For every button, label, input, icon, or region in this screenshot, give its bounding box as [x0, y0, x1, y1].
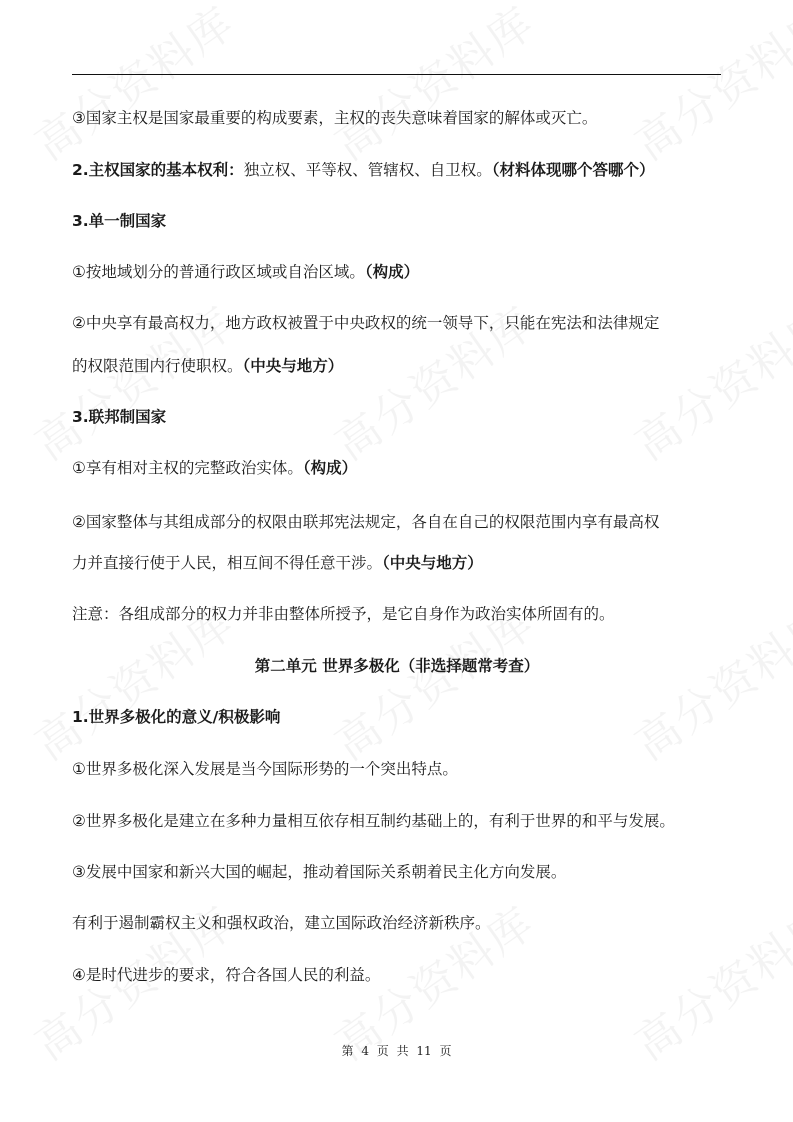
paragraph-line: 1.世界多极化的意义/积极影响	[72, 707, 280, 727]
body-text: ②国家整体与其组成部分的权限由联邦宪法规定，各自在自己的权限范围内享有最高权	[72, 513, 659, 531]
page-footer: 第 4 页 共 11 页	[0, 1042, 793, 1059]
paragraph-line: 力并直接行使于人民，相互间不得任意干涉。（中央与地方）	[72, 553, 483, 573]
bold-text: （中央与地方）	[382, 554, 483, 572]
paragraph-line: ②中央享有最高权力，地方政权被置于中央政权的统一领导下，只能在宪法和法律规定	[72, 313, 659, 333]
paragraph-line: 的权限范围内行使职权。（中央与地方）	[72, 356, 343, 376]
bold-text: 3.联邦制国家	[72, 408, 166, 426]
watermark-text: 高分资料库	[20, 0, 245, 172]
paragraph-line: 注意：各组成部分的权力并非由整体所授予，是它自身作为政治实体所固有的。	[72, 604, 615, 624]
body-text: ④是时代进步的要求，符合各国人民的利益。	[72, 966, 380, 984]
paragraph-line: ②国家整体与其组成部分的权限由联邦宪法规定，各自在自己的权限范围内享有最高权	[72, 512, 659, 532]
paragraph-line: 2.主权国家的基本权利：独立权、平等权、管辖权、自卫权。（材料体现哪个答哪个）	[72, 160, 654, 180]
paragraph-line: ④是时代进步的要求，符合各国人民的利益。	[72, 965, 380, 985]
body-text: ③国家主权是国家最重要的构成要素，主权的丧失意味着国家的解体或灭亡。	[72, 109, 597, 127]
header-rule	[72, 74, 721, 75]
body-text: 有利于遏制霸权主义和强权政治，建立国际政治经济新秩序。	[72, 914, 491, 932]
watermark-text: 高分资料库	[320, 0, 545, 172]
body-text: 独立权、平等权、管辖权、自卫权。	[244, 161, 492, 179]
watermark-text: 高分资料库	[620, 588, 793, 772]
bold-text: （中央与地方）	[243, 357, 344, 375]
section-title: 第二单元 世界多极化（非选择题常考查）	[72, 656, 722, 676]
body-text: ③发展中国家和新兴大国的崛起，推动着国际关系朝着民主化方向发展。	[72, 863, 566, 881]
paragraph-line: 有利于遏制霸权主义和强权政治，建立国际政治经济新秩序。	[72, 913, 491, 933]
bold-text: （构成）	[303, 459, 357, 477]
paragraph-line: ①按地域划分的普通行政区域或自治区域。（构成）	[72, 262, 419, 282]
bold-text: （材料体现哪个答哪个）	[492, 161, 655, 179]
body-text: ①世界多极化深入发展是当今国际形势的一个突出特点。	[72, 760, 458, 778]
bold-text: 3.单一制国家	[72, 212, 166, 230]
paragraph-line: ③发展中国家和新兴大国的崛起，推动着国际关系朝着民主化方向发展。	[72, 862, 566, 882]
body-text: ①按地域划分的普通行政区域或自治区域。	[72, 263, 365, 281]
paragraph-line: ③国家主权是国家最重要的构成要素，主权的丧失意味着国家的解体或灭亡。	[72, 108, 597, 128]
bold-text: 第二单元 世界多极化（非选择题常考查）	[255, 657, 539, 675]
paragraph-line: ②世界多极化是建立在多种力量相互依存相互制约基础上的，有利于世界的和平与发展。	[72, 811, 675, 831]
paragraph-line: ①享有相对主权的完整政治实体。（构成）	[72, 458, 357, 478]
body-text: ②中央享有最高权力，地方政权被置于中央政权的统一领导下，只能在宪法和法律规定	[72, 314, 659, 332]
bold-text: （构成）	[365, 263, 419, 281]
paragraph-line: 3.单一制国家	[72, 211, 166, 231]
paragraph-line: ①世界多极化深入发展是当今国际形势的一个突出特点。	[72, 759, 458, 779]
body-text: ②世界多极化是建立在多种力量相互依存相互制约基础上的，有利于世界的和平与发展。	[72, 812, 675, 830]
body-text: 力并直接行使于人民，相互间不得任意干涉。	[72, 554, 382, 572]
body-text: 注意：各组成部分的权力并非由整体所授予，是它自身作为政治实体所固有的。	[72, 605, 615, 623]
bold-text: 1.世界多极化的意义/积极影响	[72, 708, 280, 726]
paragraph-line: 3.联邦制国家	[72, 407, 166, 427]
body-text: 的权限范围内行使职权。	[72, 357, 243, 375]
watermark-text: 高分资料库	[620, 0, 793, 172]
bold-text: 2.主权国家的基本权利：	[72, 161, 244, 179]
body-text: ①享有相对主权的完整政治实体。	[72, 459, 303, 477]
